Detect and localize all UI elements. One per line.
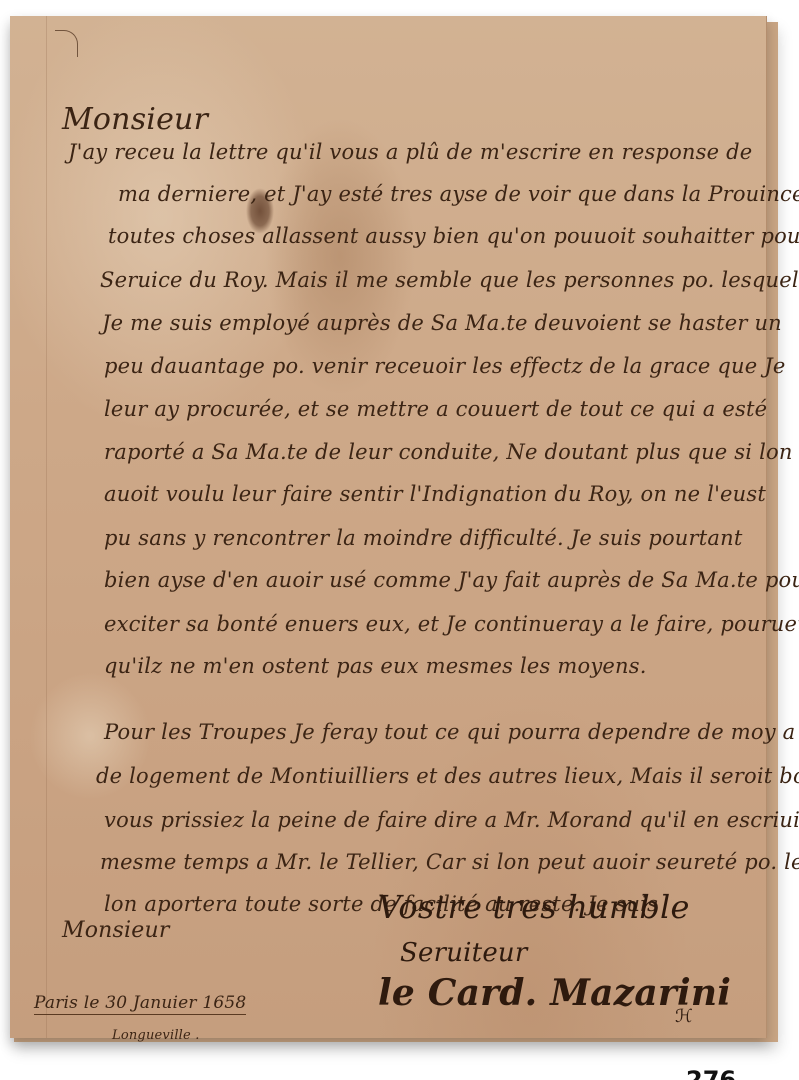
body-line: mesme temps a Mr. le Tellier, Car si lon… [100,850,799,874]
signature-paraph-icon: ℋ [675,1006,693,1027]
date-line: Paris le 30 Januier 1658 [34,993,246,1015]
body-line: vous prissiez la peine de faire dire a M… [104,808,799,832]
salutation: Monsieur [62,102,208,137]
ink-flourish-mark [55,30,78,57]
body-line: ma derniere, et J'ay esté tres ayse de v… [118,182,799,206]
body-line: pu sans y rencontrer la moindre difficul… [104,526,743,550]
lot-number: 276 [686,1066,736,1080]
body-line: leur ay procurée, et se mettre a couuert… [104,397,767,421]
body-line: peu dauantage po. venir receuoir les eff… [104,354,785,378]
body-line: Pour les Troupes Je feray tout ce qui po… [104,720,799,744]
addressee-note: Longueville . [112,1028,200,1043]
body-line: raporté a Sa Ma.te de leur conduite, Ne … [104,440,793,464]
document-stage: Monsieur J'ay receu la lettre qu'il vous… [0,0,799,1080]
body-line: qu'ilz ne m'en ostent pas eux mesmes les… [104,654,647,678]
body-line: exciter sa bonté enuers eux, et Je conti… [104,612,799,636]
signature-closing-phrase: Vostre tres humble [378,888,690,926]
body-line: Je me suis employé auprès de Sa Ma.te de… [102,311,782,335]
body-line: bien ayse d'en auoir usé comme J'ay fait… [104,568,799,592]
body-line: toutes choses allassent aussy bien qu'on… [108,224,799,248]
body-line: Seruice du Roy. Mais il me semble que le… [100,268,799,292]
paper-fold-line [46,16,47,1038]
body-line: J'ay receu la lettre qu'il vous a plû de… [68,140,752,164]
closing-salutation: Monsieur [62,918,170,943]
body-line: auoit voulu leur faire sentir l'Indignat… [104,482,766,506]
signature-servant: Seruiteur [400,938,528,968]
body-line: de logement de Montiuilliers et des autr… [96,764,799,788]
